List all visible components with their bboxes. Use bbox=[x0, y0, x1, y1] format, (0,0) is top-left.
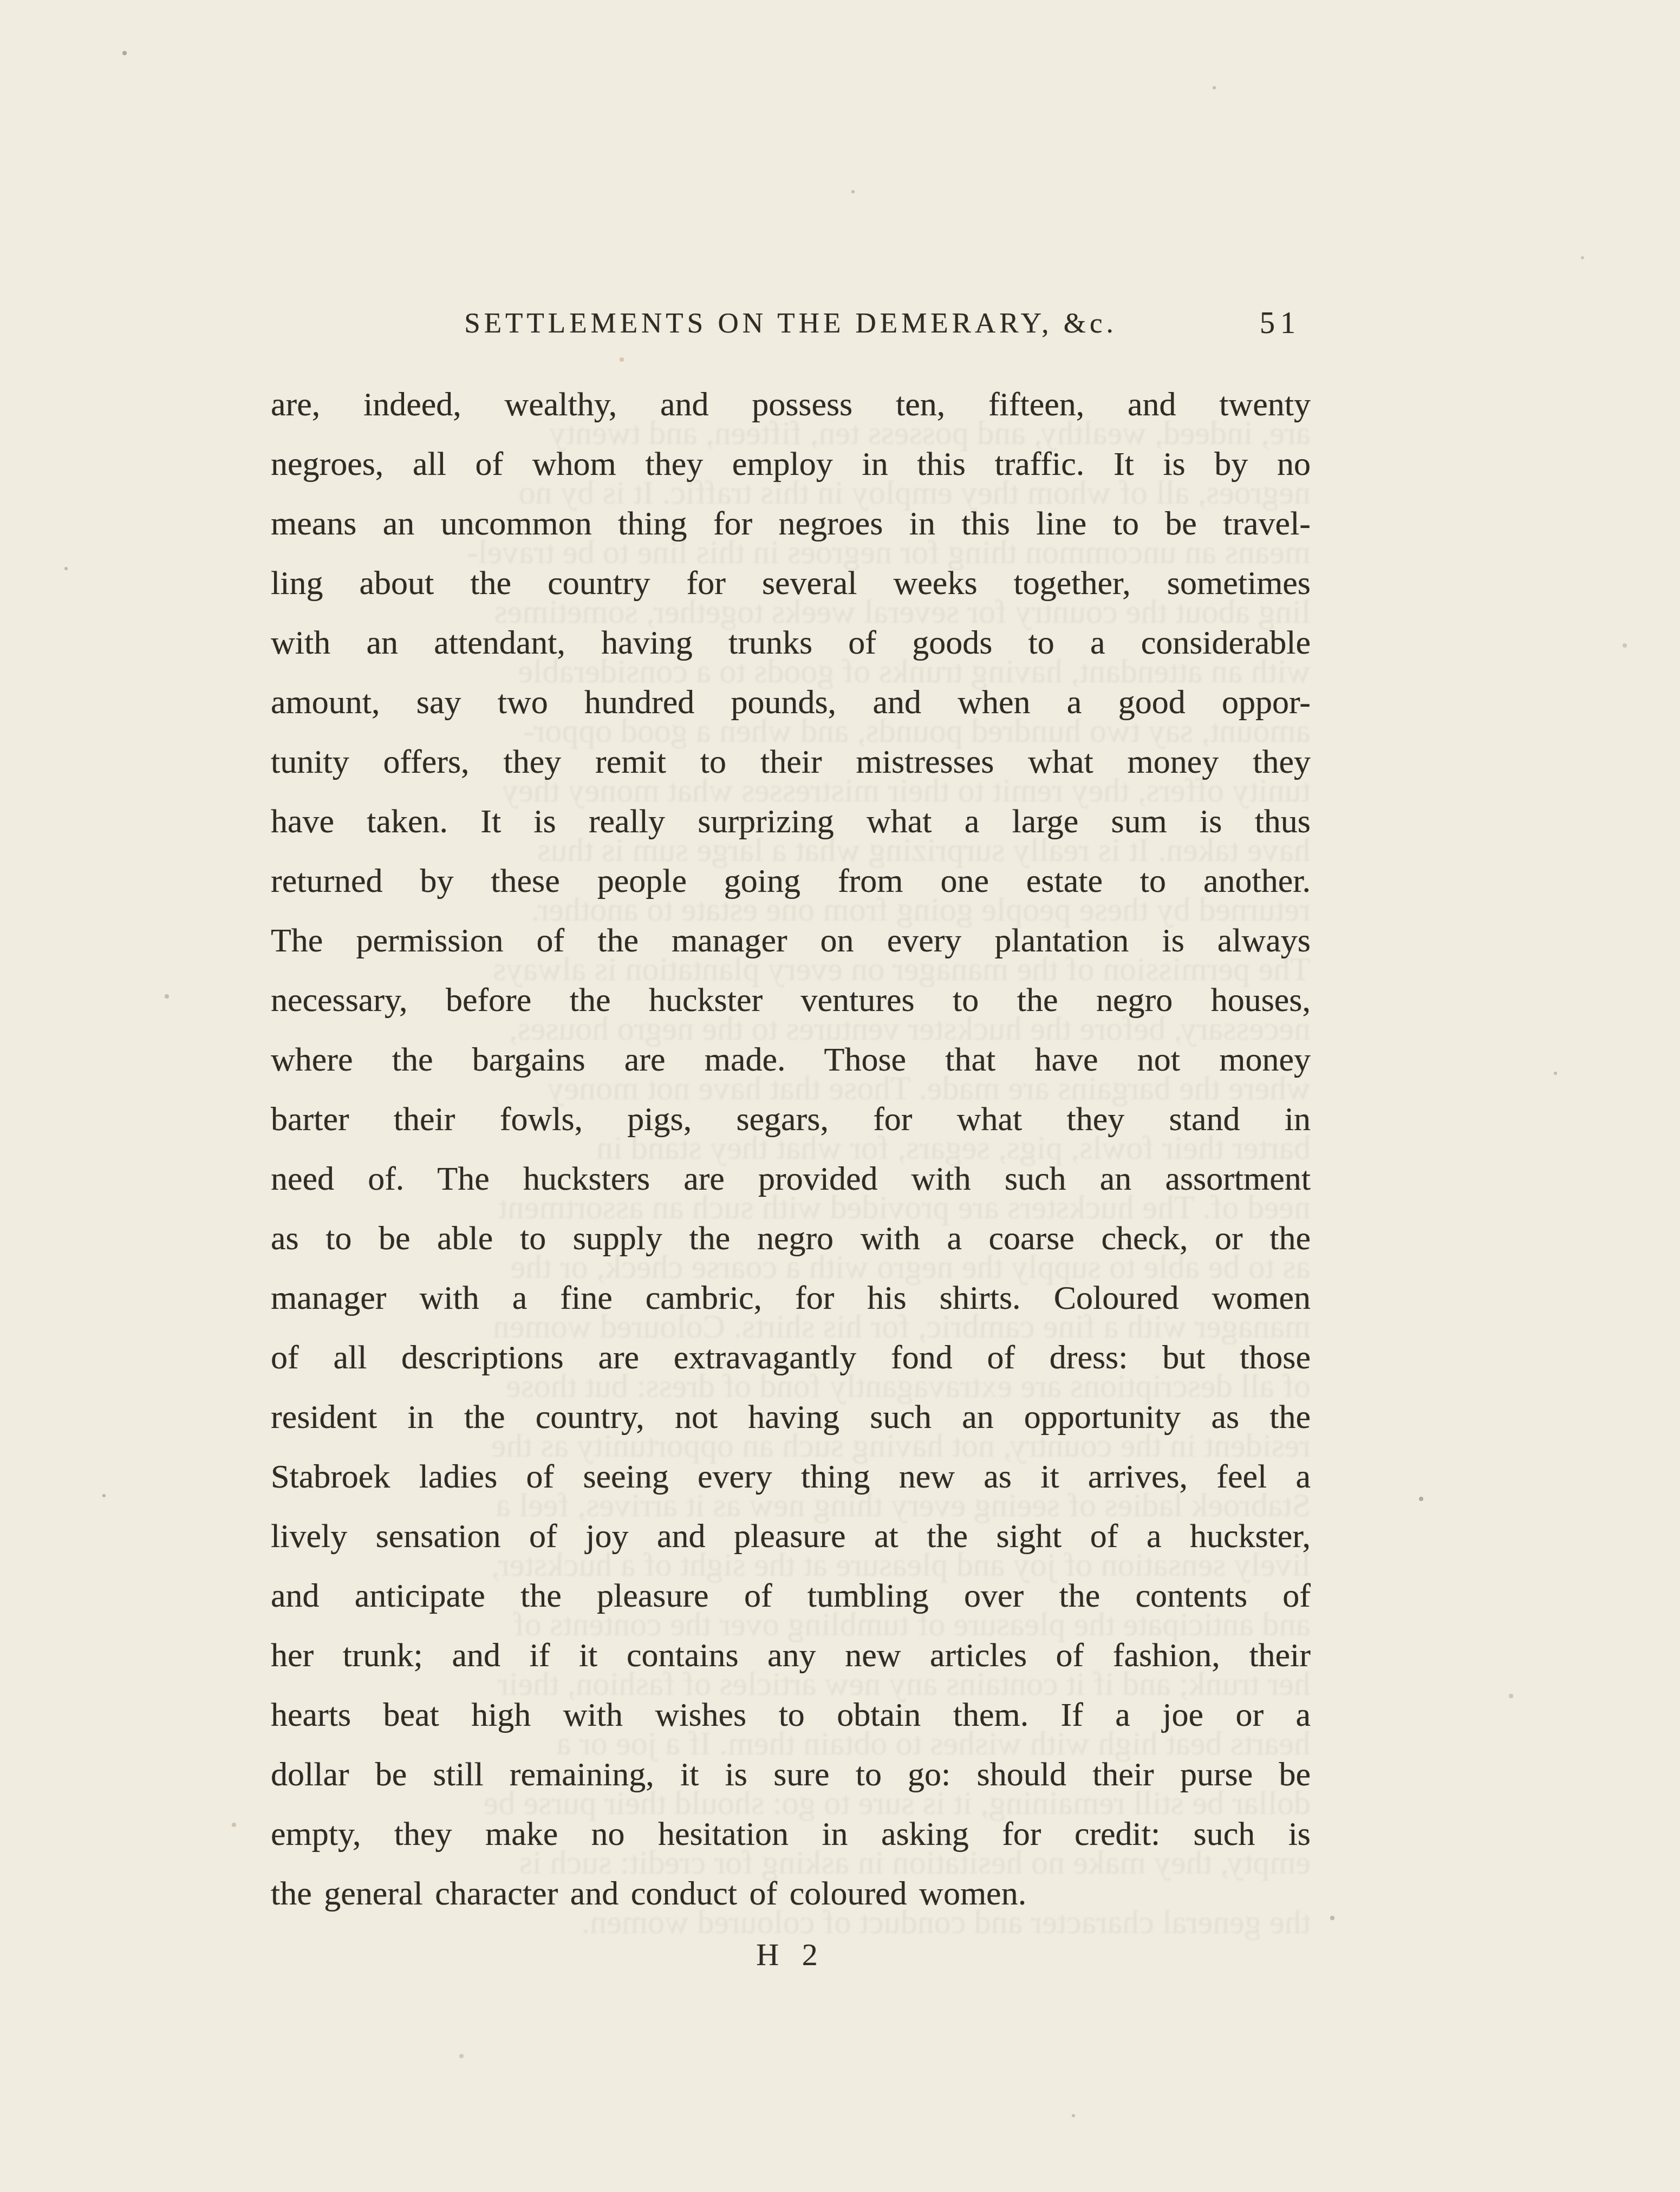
body-text-line: negroes, all of whom they employ in this… bbox=[271, 434, 1311, 494]
body-text-line: tunity offers, they remit to their mistr… bbox=[271, 732, 1311, 792]
body-text-line: means an uncommon thing for negroes in t… bbox=[271, 494, 1311, 553]
text-block: are, indeed, wealthy, and possess ten, f… bbox=[271, 375, 1311, 1923]
book-page-scan: are, indeed, wealthy, and possess ten, f… bbox=[0, 0, 1680, 2192]
body-text-line: her trunk; and if it contains any new ar… bbox=[271, 1626, 1311, 1685]
body-text-line: where the bargains are made. Those that … bbox=[271, 1030, 1311, 1090]
body-text-line: of all descriptions are extravagantly fo… bbox=[271, 1328, 1311, 1387]
page-number: 51 bbox=[1260, 299, 1301, 348]
page-header: SETTLEMENTS ON THE DEMERARY, &c. 51 bbox=[271, 299, 1311, 348]
page-footer: H 2 bbox=[271, 1936, 1311, 1973]
body-text-line: empty, they make no hesitation in asking… bbox=[271, 1804, 1311, 1864]
body-text-line: amount, say two hundred pounds, and when… bbox=[271, 673, 1311, 732]
body-text-line: hearts beat high with wishes to obtain t… bbox=[271, 1685, 1311, 1745]
body-text-line: are, indeed, wealthy, and possess ten, f… bbox=[271, 375, 1311, 434]
signature-mark: H 2 bbox=[756, 1937, 825, 1972]
running-title: SETTLEMENTS ON THE DEMERARY, &c. bbox=[271, 299, 1311, 348]
body-text-line: dollar be still remaining, it is sure to… bbox=[271, 1745, 1311, 1804]
body-text-line: ling about the country for several weeks… bbox=[271, 553, 1311, 613]
body-text-line: Stabroek ladies of seeing every thing ne… bbox=[271, 1447, 1311, 1506]
body-text-line: necessary, before the huckster ventures … bbox=[271, 970, 1311, 1030]
body-text-line: have taken. It is really surprizing what… bbox=[271, 792, 1311, 851]
body-text-line: returned by these people going from one … bbox=[271, 851, 1311, 911]
body-text-line: need of. The hucksters are provided with… bbox=[271, 1149, 1311, 1209]
body-text-line: as to be able to supply the negro with a… bbox=[271, 1209, 1311, 1268]
body-text-line: the general character and conduct of col… bbox=[271, 1864, 1311, 1923]
body-text-line: with an attendant, having trunks of good… bbox=[271, 613, 1311, 673]
body-text-line: manager with a fine cambric, for his shi… bbox=[271, 1268, 1311, 1328]
body-text-line: The permission of the manager on every p… bbox=[271, 911, 1311, 970]
body-text-line: barter their fowls, pigs, segars, for wh… bbox=[271, 1090, 1311, 1149]
body-text-line: resident in the country, not having such… bbox=[271, 1387, 1311, 1447]
body-text-line: lively sensation of joy and pleasure at … bbox=[271, 1506, 1311, 1566]
body-text-line: and anticipate the pleasure of tumbling … bbox=[271, 1566, 1311, 1626]
